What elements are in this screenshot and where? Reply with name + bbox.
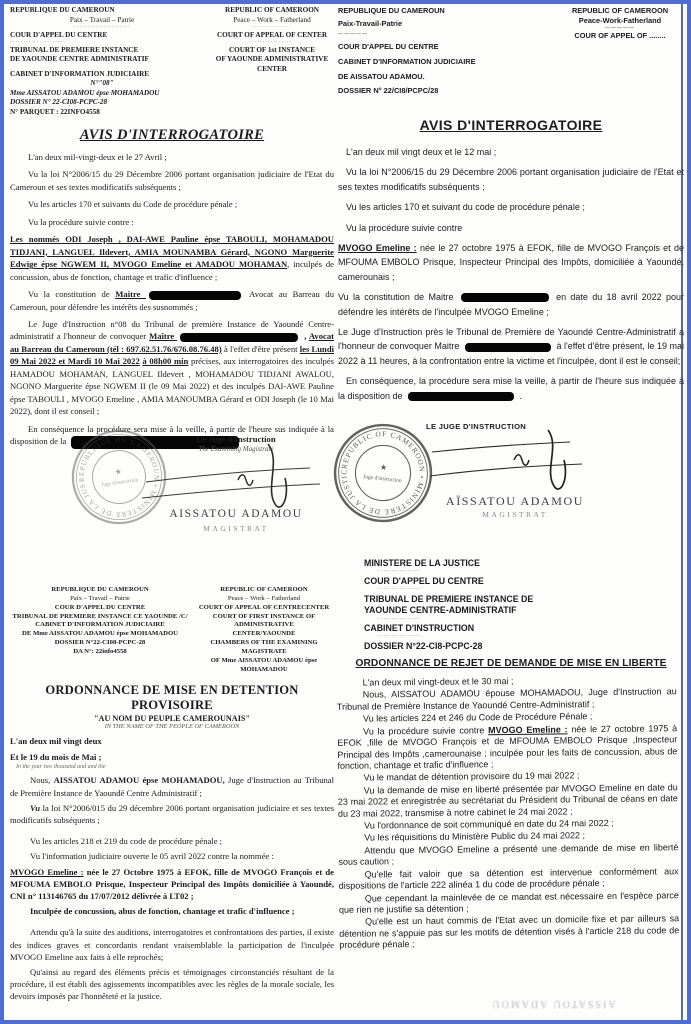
paragraph: L'an deux mil-vingt-deux et le 27 Avril … [10, 151, 334, 163]
paragraph: Inculpée de concussion, abus de fonction… [10, 905, 334, 917]
stamp-star-icon: ★ [379, 463, 387, 473]
signer-title: MAGISTRAT [430, 510, 600, 519]
stamp-star-icon: ★ [114, 467, 122, 477]
doc-subtitle-fr: "AU NOM DU PEUPLE CAMEROUNAIS" [10, 714, 334, 723]
doc-body: L'an deux mil vingt deux et le 12 mai ;V… [338, 145, 684, 403]
paragraph: Qu'elle est un haut commis de l'Etat ave… [339, 914, 679, 952]
paragraph: Qu'elle fait valoir que sa détention est… [339, 866, 679, 892]
paragraph: Vu la loi N°2006/15 du 29 Décembre 2006 … [338, 165, 684, 194]
text-run: Vu la loi N°2006/15 du 29 Décembre 2006 … [10, 169, 334, 191]
document-ordonnance-rejet: MINISTERE DE LA JUSTICE················C… [338, 558, 684, 1020]
paragraph: Vu la loi N°2006/15 du 29 Décembre 2006 … [10, 168, 334, 193]
signer-name: AISSATOU ADAMOU [156, 508, 316, 520]
text-run: MVOGO Emeline : [338, 243, 417, 253]
header-line: DE AISSATOU ADAMOU. [338, 72, 538, 82]
text-run: Vu l'information judiciaire ouverte le 0… [30, 851, 274, 861]
paragraph: Vu la constitution de Maitre en date du … [338, 290, 684, 319]
stamp-center-text: Juge d'instruction [363, 474, 402, 484]
paragraph: L'an deux mil vingt deux et le 12 mai ; [338, 145, 684, 159]
paragraph: Vu la loi N°2006/015 du 29 décembre 2006… [10, 802, 334, 826]
handwritten-signature [430, 426, 590, 498]
document-header: REPUBLIQUE DU CAMEROUNPaix – Travail – P… [10, 586, 334, 674]
paragraph: Le Juge d'Instruction près le Tribunal d… [338, 325, 684, 368]
document-ordonnance-detention: REPUBLIQUE DU CAMEROUNPaix – Travail – P… [10, 586, 334, 1020]
paragraph: Qu'ainsi au regard des éléments précis e… [10, 966, 334, 1003]
header-line: CABINET D'INFORMATION JUDICIAIRE [10, 621, 190, 630]
doc-title: AVIS D'INTERROGATOIRE [10, 127, 334, 144]
header-line: Peace – Work – Fatherland [194, 595, 334, 604]
header-line: REPUBLIC OF CAMEROON [194, 586, 334, 595]
text-run: L'an deux mil-vingt-deux et le 27 Avril … [28, 152, 167, 162]
header-line: Mme AISSATOU ADAMOU épse MOHAMADOU [10, 89, 194, 99]
redaction-bar [461, 293, 549, 302]
text-run: L'an deux mil vingt deux et le 12 mai ; [346, 147, 496, 157]
dotted-separator: ················ [378, 617, 684, 623]
text-run: Vu l'ordonnance de soit communiqué en da… [364, 818, 614, 831]
header-line: Paix-Travail-Patrie [338, 19, 538, 29]
redaction-bar [408, 392, 514, 401]
document-avis-interrogatoire-2: REPUBLIQUE DU CAMEROUNPaix-Travail-Patri… [338, 6, 684, 556]
text-run: , [301, 331, 309, 341]
header-line: N° PARQUET : 22INFO4558 [10, 108, 194, 118]
header-line: COUR D'APPEL DU CENTRE [10, 604, 190, 613]
text-run: . [517, 391, 522, 401]
header-line: CABINET D'INSTRUCTION [364, 623, 684, 633]
text-run: Les nommés ODI Joseph , DAI-AWE Pauline … [10, 234, 334, 269]
header-line: CENTER [210, 65, 334, 75]
page-edge-shadow [681, 4, 683, 1020]
text-run: In the year two thousand and and the [16, 764, 106, 770]
text-run: Qu'ainsi au regard des éléments précis e… [10, 967, 334, 1001]
paragraph: MVOGO Emeline : née le 27 octobre 1975 à… [338, 241, 684, 284]
header-line: TRIBUNAL DE PREMIERE INSTANCE CE YAOUNDE… [10, 613, 190, 622]
header-line: TRIBUNAL DE PREMIERE INSTANCE [10, 46, 194, 56]
text-run: Vu la procédure suivie contre [346, 223, 462, 233]
header-line: DA N°: 22info4558 [10, 648, 190, 657]
text-run: Vu les articles 170 et suivant du code d… [346, 202, 585, 212]
header-line: COUR D'APPEL DU CENTRE [338, 42, 538, 52]
signature-block: REPUBLIQUE DU CAMEROUN • MINISTERE DE LA… [10, 422, 334, 556]
paragraph: Vu la procédure suivie contre : [10, 216, 334, 228]
text-run: Vu les articles 224 et 246 du Code de Pr… [363, 712, 592, 724]
text-run: Vu [30, 803, 40, 813]
header-line: YAOUNDE CENTRE-ADMINISTRATIF [364, 605, 684, 615]
doc-body: L'an deux mil-vingt-deux et le 27 Avril … [10, 151, 334, 449]
paragraph: Vu les articles 170 et suivants du Code … [10, 198, 334, 210]
header-line: DOSSIER N°22-CI8-PCPC-28 [364, 641, 684, 651]
header-line: DOSSIER N° 22/CI8/PCPC/28 [338, 86, 538, 96]
paragraph: En conséquence, la procédure sera mise l… [338, 374, 684, 403]
header-line: REPUBLIC OF CAMEROON [556, 6, 684, 16]
doc-subtitle-en: IN THE NAME OF THE PEOPLE OF CAMEROON [10, 723, 334, 730]
paragraph: L'an deux mil vingt deux [10, 735, 334, 747]
header-line: Paix – Travail – Patrie [10, 16, 194, 26]
paragraph: Et le 19 du mois de Mai ; [10, 751, 334, 763]
text-run: AISSATOU ADAMOU épse MOHAMADOU, [54, 775, 225, 785]
paragraph: Vu les articles 170 et suivant du code d… [338, 200, 684, 214]
text-run: Vu les articles 170 et suivants du Code … [28, 199, 237, 209]
header-line: COURT OF FIRST INSTANCE OF ADMINISTRATIV… [194, 613, 334, 631]
text-run: Nous, AISSATOU ADAMOU épouse MOHAMADOU, … [337, 687, 677, 712]
header-column-french: REPUBLIQUE DU CAMEROUNPaix – Travail – P… [10, 6, 194, 117]
header-line: DE YAOUNDE CENTRE ADMINISTRATIF [10, 55, 194, 65]
doc-body: L'an deux mil vingt deuxEt le 19 du mois… [10, 735, 334, 1002]
header-line: Paix – Travail – Patrie [10, 595, 190, 604]
header-line: CABINET D'INFORMATION JUDICIAIRE [338, 57, 538, 67]
header-line: REPUBLIQUE DU CAMEROUN [338, 6, 538, 16]
header-column-french: REPUBLIQUE DU CAMEROUNPaix-Travail-Patri… [338, 6, 538, 99]
header-line: REPUBLIQUE DU CAMEROUN [10, 6, 194, 16]
document-header: MINISTERE DE LA JUSTICE················C… [364, 558, 684, 651]
header-line: N°"08" [10, 79, 194, 89]
paragraph: Attendu que MVOGO Emeline a présenté une… [338, 842, 678, 868]
header-line: MOHAMADOU [194, 666, 334, 675]
redaction-bar [149, 291, 241, 300]
text-run: Vu les articles 218 et 219 du code de pr… [30, 836, 222, 846]
text-run: à l'effet d'être présent [222, 344, 300, 354]
stamp-center-text: Juge d'instruction [101, 477, 139, 488]
paragraph: MVOGO Emeline : née le 27 Octobre 1975 à… [10, 866, 334, 903]
header-line: MINISTERE DE LA JUSTICE [364, 558, 684, 568]
header-line: TRIBUNAL DE PREMIERE INSTANCE DE [364, 594, 684, 604]
doc-title: ORDONNANCE DE REJET DE DEMANDE DE MISE E… [338, 658, 684, 669]
signer-name: AÏSSATOU ADAMOU [430, 494, 600, 509]
paragraph: Vu l'information judiciaire ouverte le 0… [10, 850, 334, 862]
header-column-english: REPUBLIC OF CAMEROONPeace – Work – Fathe… [210, 6, 334, 74]
header-line: COURT OF APPEAL OF CENTER [210, 31, 334, 41]
text-run: Attendu qu'à la suite des auditions, int… [10, 927, 334, 961]
text-run: Que cependant la mainlevée de ce mandat … [339, 890, 679, 915]
text-run: Qu'elle fait valoir que sa détention est… [339, 866, 679, 891]
header-line: COURT OF 1st INSTANCE [210, 46, 334, 56]
paragraph: Attendu qu'à la suite des auditions, int… [10, 926, 334, 963]
header-line: Peace – Work – Fatherland [210, 16, 334, 26]
signer-title: MAGISTRAT [156, 524, 316, 533]
paragraph: Vu la constitution de Maitre Avocat au B… [10, 288, 334, 313]
header-line: COURT OF APPEAL OF CENTRECENTER [194, 604, 334, 613]
doc-title: ORDONNANCE DE MISE EN DETENTION PROVISOI… [10, 683, 334, 713]
text-run: Vu la loi N°2006/15 du 29 Décembre 2006 … [338, 167, 684, 191]
text-run: Vu le mandat de détention provisoire du … [364, 771, 580, 783]
header-line: DE Mme AISSATOU ADAMOU épse MOHAMADOU [10, 630, 190, 639]
paragraph: Nous, AISSATOU ADAMOU épouse MOHAMADOU, … [337, 687, 677, 713]
paragraph: Nous, AISSATOU ADAMOU épse MOHAMADOU, Ju… [10, 774, 334, 798]
text-run: à 08h00 min [142, 356, 188, 366]
text-run: Qu'elle est un haut commis de l'Etat ave… [339, 914, 679, 950]
text-run: Maitre [115, 289, 146, 299]
header-line: COUR D'APPEL DU CENTRE [10, 31, 194, 41]
text-run: L'an deux mil vingt-deux et le 30 mai ; [363, 676, 514, 688]
header-column-english: REPUBLIC OF CAMEROONPeace – Work – Fathe… [194, 586, 334, 674]
handwritten-signature [138, 438, 328, 516]
text-run: la loi N°2006/015 du 29 décembre 2006 po… [10, 803, 334, 825]
header-line: CENTER/YAOUNDE [194, 630, 334, 639]
text-run: Maître [149, 331, 177, 341]
paragraph: In the year two thousand and and the [10, 763, 334, 772]
paragraph: Vu les articles 218 et 219 du code de pr… [10, 835, 334, 847]
dotted-separator: ················ [378, 587, 684, 593]
paragraph: Vu la procédure suivie contre [338, 221, 684, 235]
paragraph: Les nommés ODI Joseph , DAI-AWE Pauline … [10, 233, 334, 283]
text-run: MVOGO Emeline : [10, 867, 84, 877]
text-run: Vu la demande de mise en liberté présent… [338, 782, 678, 818]
redaction-bar [465, 343, 551, 352]
scanned-legal-documents-page: REPUBLIQUE DU CAMEROUNPaix – Travail – P… [0, 0, 691, 1024]
text-run: Vu la constitution de [28, 289, 115, 299]
text-run: Nous, [30, 775, 54, 785]
dotted-separator: ————— [338, 32, 538, 38]
header-line: OF YAOUNDE ADMINISTRATIVE [210, 55, 334, 65]
paragraph: Vu la demande de mise en liberté présent… [338, 782, 678, 820]
paragraph: Le Juge d'Instruction n°08 du Tribunal d… [10, 318, 334, 418]
document-avis-interrogatoire-1: REPUBLIQUE DU CAMEROUNPaix – Travail – P… [10, 6, 334, 556]
faint-upside-down-stamp-text: AISSATOU ADAMOU [488, 998, 618, 1009]
dotted-separator: ················ [378, 569, 684, 575]
text-run: Vu la procédure suivie contre [363, 725, 488, 736]
paragraph: Que cependant la mainlevée de ce mandat … [339, 890, 679, 916]
header-line: CABINET D'INFORMATION JUDICIAIRE [10, 70, 194, 80]
header-column-english: REPUBLIC OF CAMEROONPeace-Work-Fatherlan… [556, 6, 684, 41]
header-line: COUR OF APPEL OF ........ [556, 31, 684, 41]
signature-block: LE JUGE D'INSTRUCTION REPUBLIC OF CAMERO… [338, 408, 684, 556]
header-line: CHAMBERS OF THE EXAMINING MAGISTRATE [194, 639, 334, 657]
text-run: Vu les réquisitions du Ministère Public … [364, 831, 585, 843]
header-column-french: REPUBLIQUE DU CAMEROUNPaix – Travail – P… [10, 586, 190, 657]
doc-body: L'an deux mil vingt-deux et le 30 mai ;N… [337, 674, 686, 951]
text-run: Vu la procédure suivie contre : [28, 217, 134, 227]
redaction-bar [180, 333, 298, 342]
header-line: COUR D'APPEL DU CENTRE [364, 576, 684, 586]
header-line: DOSSIER N°22-CI08-PCPC-28 [10, 639, 190, 648]
header-line: REPUBLIQUE DU CAMEROUN [10, 586, 190, 595]
text-run: L'an deux mil vingt deux [10, 736, 102, 746]
text-run: Inculpée de concussion, abus de fonction… [30, 906, 295, 916]
document-header: REPUBLIQUE DU CAMEROUNPaix-Travail-Patri… [338, 6, 684, 99]
header-line: DOSSIER N° 22-CI08-PCPC-28 [10, 98, 194, 108]
header-line: REPUBLIC OF CAMEROON [210, 6, 334, 16]
dotted-separator: ················ [378, 634, 684, 640]
text-run: Vu la constitution de Maitre [338, 292, 458, 302]
header-line: OF Mme AISSATOU ADAMOU épse [194, 657, 334, 666]
official-seal-stamp: REPUBLIC OF CAMEROON • MINISTERE DE LA J… [327, 417, 439, 529]
text-run: Attendu que MVOGO Emeline a présenté une… [338, 842, 678, 867]
paragraph: Vu la procédure suivie contre MVOGO Emel… [337, 723, 677, 772]
doc-title: AVIS D'INTERROGATOIRE [338, 117, 684, 133]
text-run: MVOGO Emeline : [488, 724, 568, 735]
document-header: REPUBLIQUE DU CAMEROUNPaix – Travail – P… [10, 6, 334, 117]
text-run: Et le 19 du mois de Mai ; [10, 752, 101, 762]
